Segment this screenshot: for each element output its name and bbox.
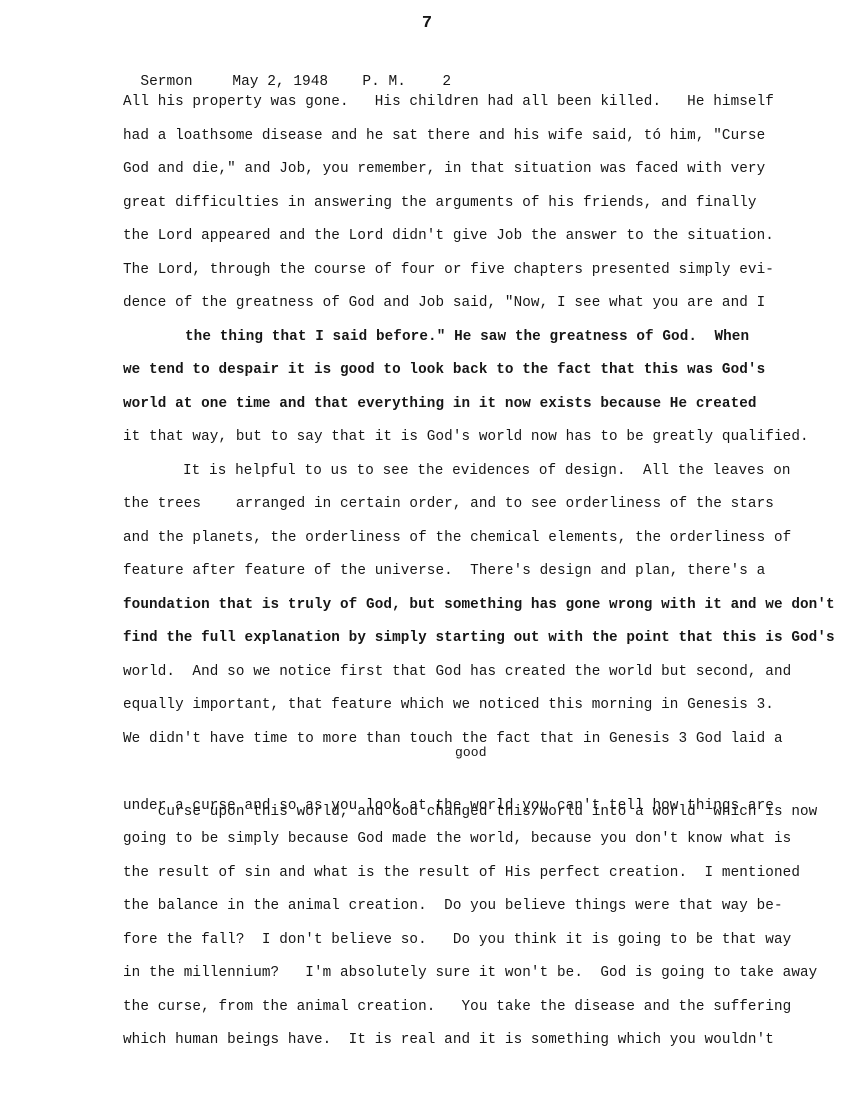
- text-line: All his property was gone. His children …: [123, 92, 823, 126]
- text-line: foundation that is truly of God, but som…: [123, 595, 823, 629]
- page-number: 7: [0, 14, 854, 33]
- text-line: the thing that I said before." He saw th…: [123, 327, 823, 361]
- paragraph-start-line: It is helpful to us to see the evidences…: [123, 461, 823, 495]
- text-line: the Lord appeared and the Lord didn't gi…: [123, 226, 823, 260]
- text-line: under a curse and so as you look at the …: [123, 796, 823, 830]
- text-line-with-insert: good curse upon this world, and God chan…: [123, 762, 823, 796]
- text-line: it that way, but to say that it is God's…: [123, 427, 823, 461]
- text-line: and the planets, the orderliness of the …: [123, 528, 823, 562]
- body-text: All his property was gone. His children …: [123, 92, 823, 1064]
- text-line: the curse, from the animal creation. You…: [123, 997, 823, 1031]
- text-line: world. And so we notice first that God h…: [123, 662, 823, 696]
- text-line: the trees arranged in certain order, and…: [123, 494, 823, 528]
- text-line: which human beings have. It is real and …: [123, 1030, 823, 1064]
- text-line: The Lord, through the course of four or …: [123, 260, 823, 294]
- text-line: the result of sin and what is the result…: [123, 863, 823, 897]
- text-line: going to be simply because God made the …: [123, 829, 823, 863]
- text-line: equally important, that feature which we…: [123, 695, 823, 729]
- text-line: fore the fall? I don't believe so. Do yo…: [123, 930, 823, 964]
- header-label: Sermon: [140, 74, 232, 90]
- interlinear-insert: good: [455, 746, 487, 760]
- document-header: SermonMay 2, 1948P. M.2: [123, 58, 451, 90]
- text-line: dence of the greatness of God and Job sa…: [123, 293, 823, 327]
- text-line: great difficulties in answering the argu…: [123, 193, 823, 227]
- text-line: in the millennium? I'm absolutely sure i…: [123, 963, 823, 997]
- header-date: May 2, 1948: [232, 74, 362, 90]
- text-line: world at one time and that everything in…: [123, 394, 823, 428]
- header-sheet-number: 2: [442, 74, 451, 90]
- text-line: had a loathsome disease and he sat there…: [123, 126, 823, 160]
- text-line: the balance in the animal creation. Do y…: [123, 896, 823, 930]
- text-line: feature after feature of the universe. T…: [123, 561, 823, 595]
- text-line: God and die," and Job, you remember, in …: [123, 159, 823, 193]
- text-line: we tend to despair it is good to look ba…: [123, 360, 823, 394]
- header-session: P. M.: [362, 74, 442, 90]
- text-line: find the full explanation by simply star…: [123, 628, 823, 662]
